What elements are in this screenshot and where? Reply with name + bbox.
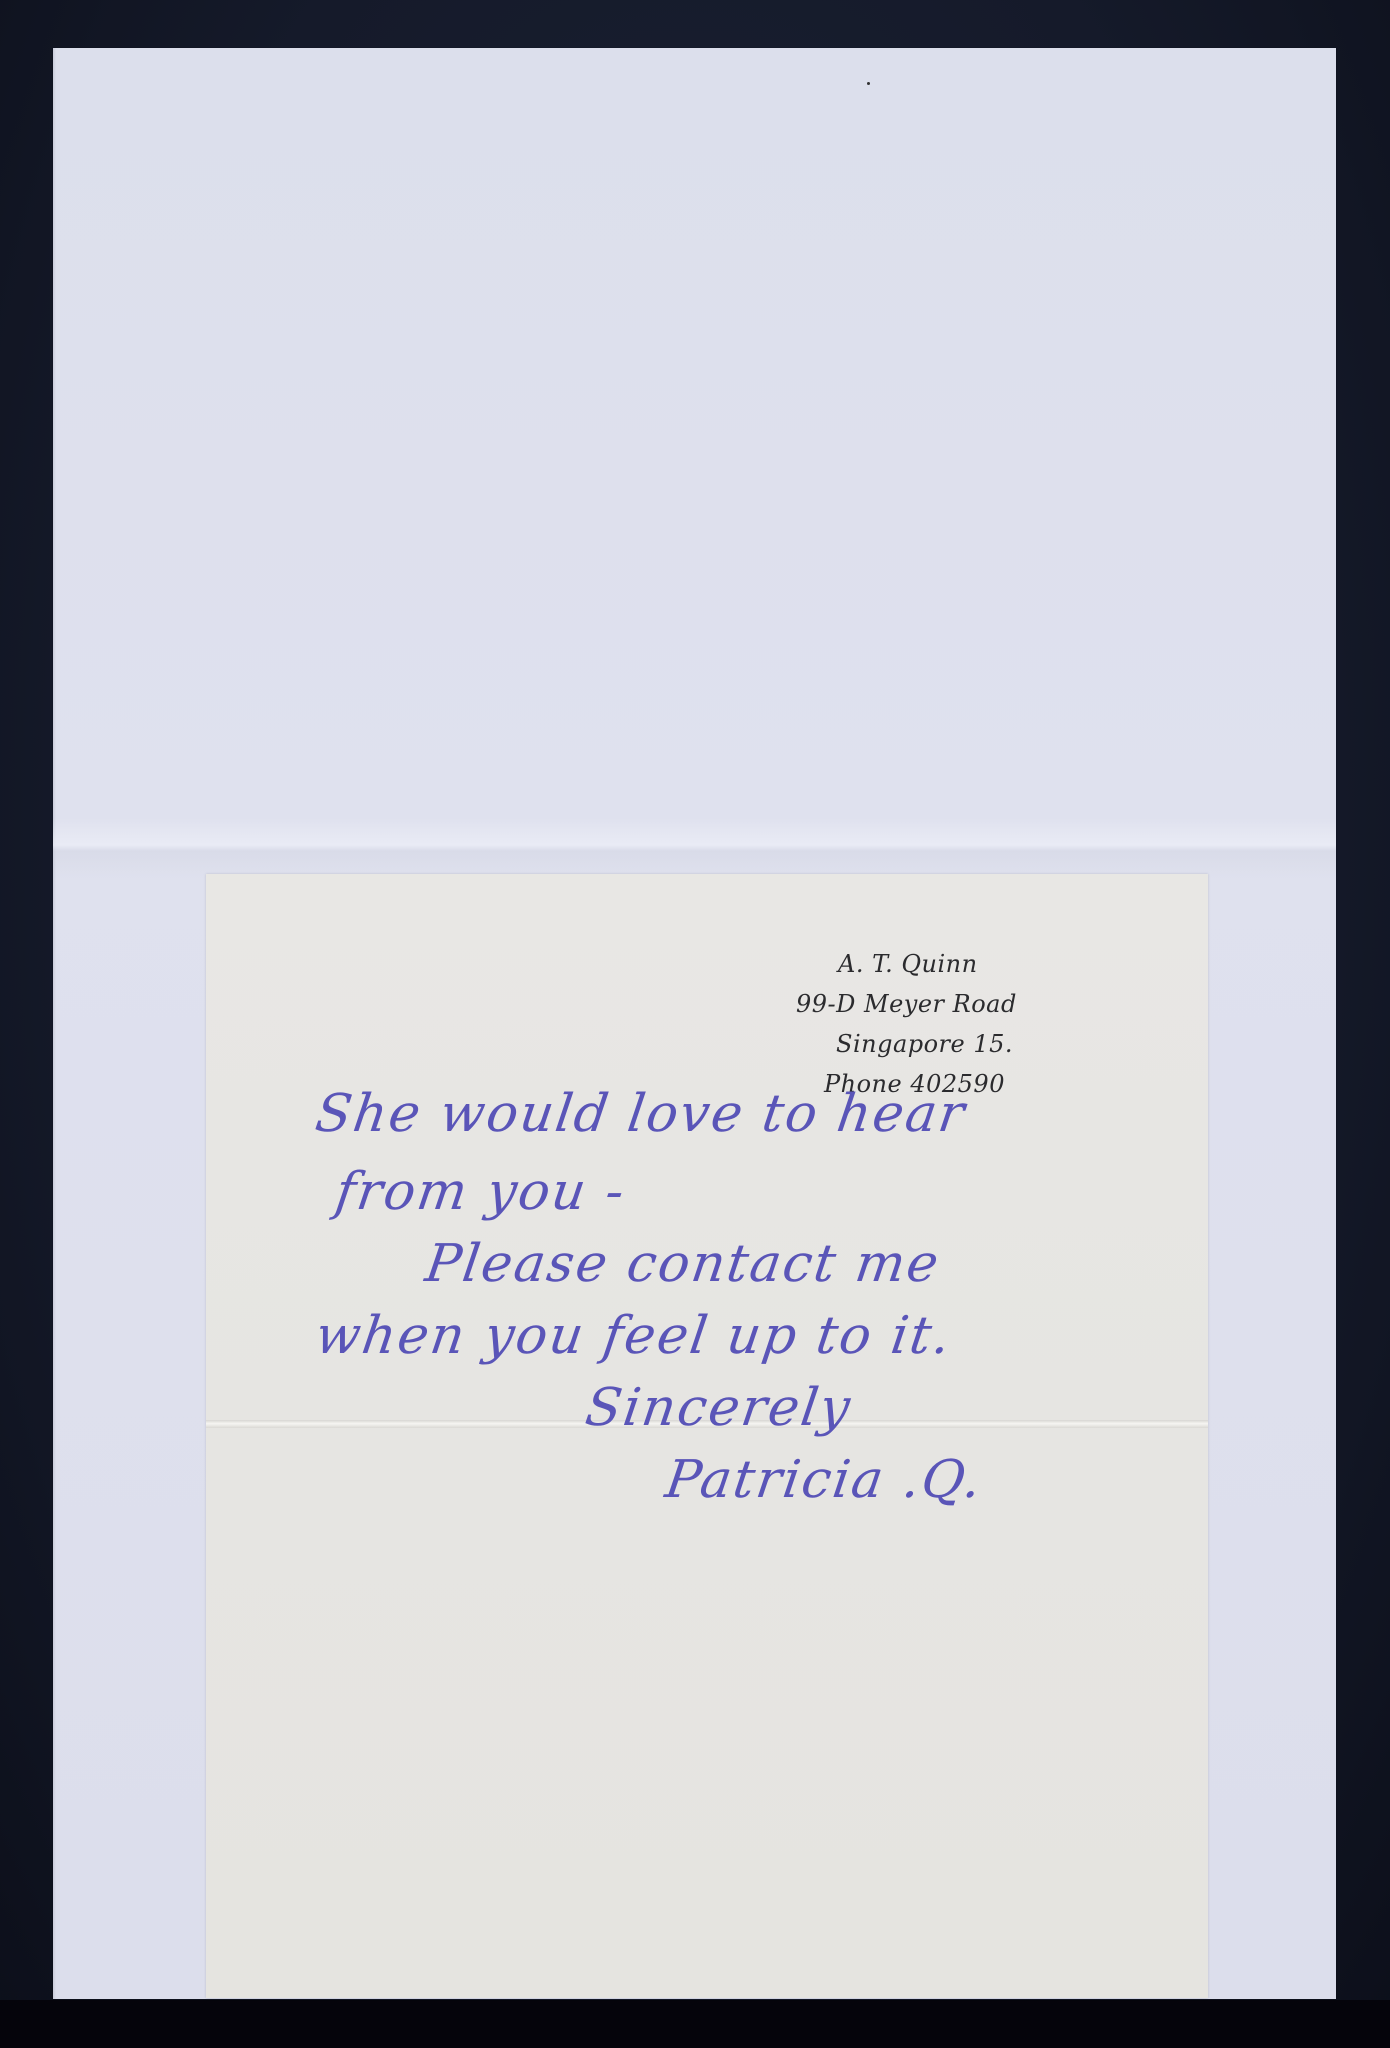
message-line: Please contact me — [422, 1234, 944, 1294]
backing-sheet-fold — [53, 818, 1336, 878]
signature: Patricia .Q. — [662, 1450, 987, 1510]
closing: Sincerely — [582, 1378, 856, 1438]
paper-speck — [867, 82, 870, 85]
message-line: when you feel up to it. — [312, 1306, 956, 1366]
sheet-edge-shadow — [53, 48, 56, 1999]
message-line: She would love to hear — [312, 1084, 970, 1144]
handwritten-message: She would love to hear from you - Please… — [206, 874, 1208, 1998]
letter-note: A. T. Quinn 99-D Meyer Road Singapore 15… — [206, 874, 1208, 1998]
message-line: from you - — [332, 1162, 630, 1222]
scan-bottom-edge — [0, 2000, 1390, 2048]
